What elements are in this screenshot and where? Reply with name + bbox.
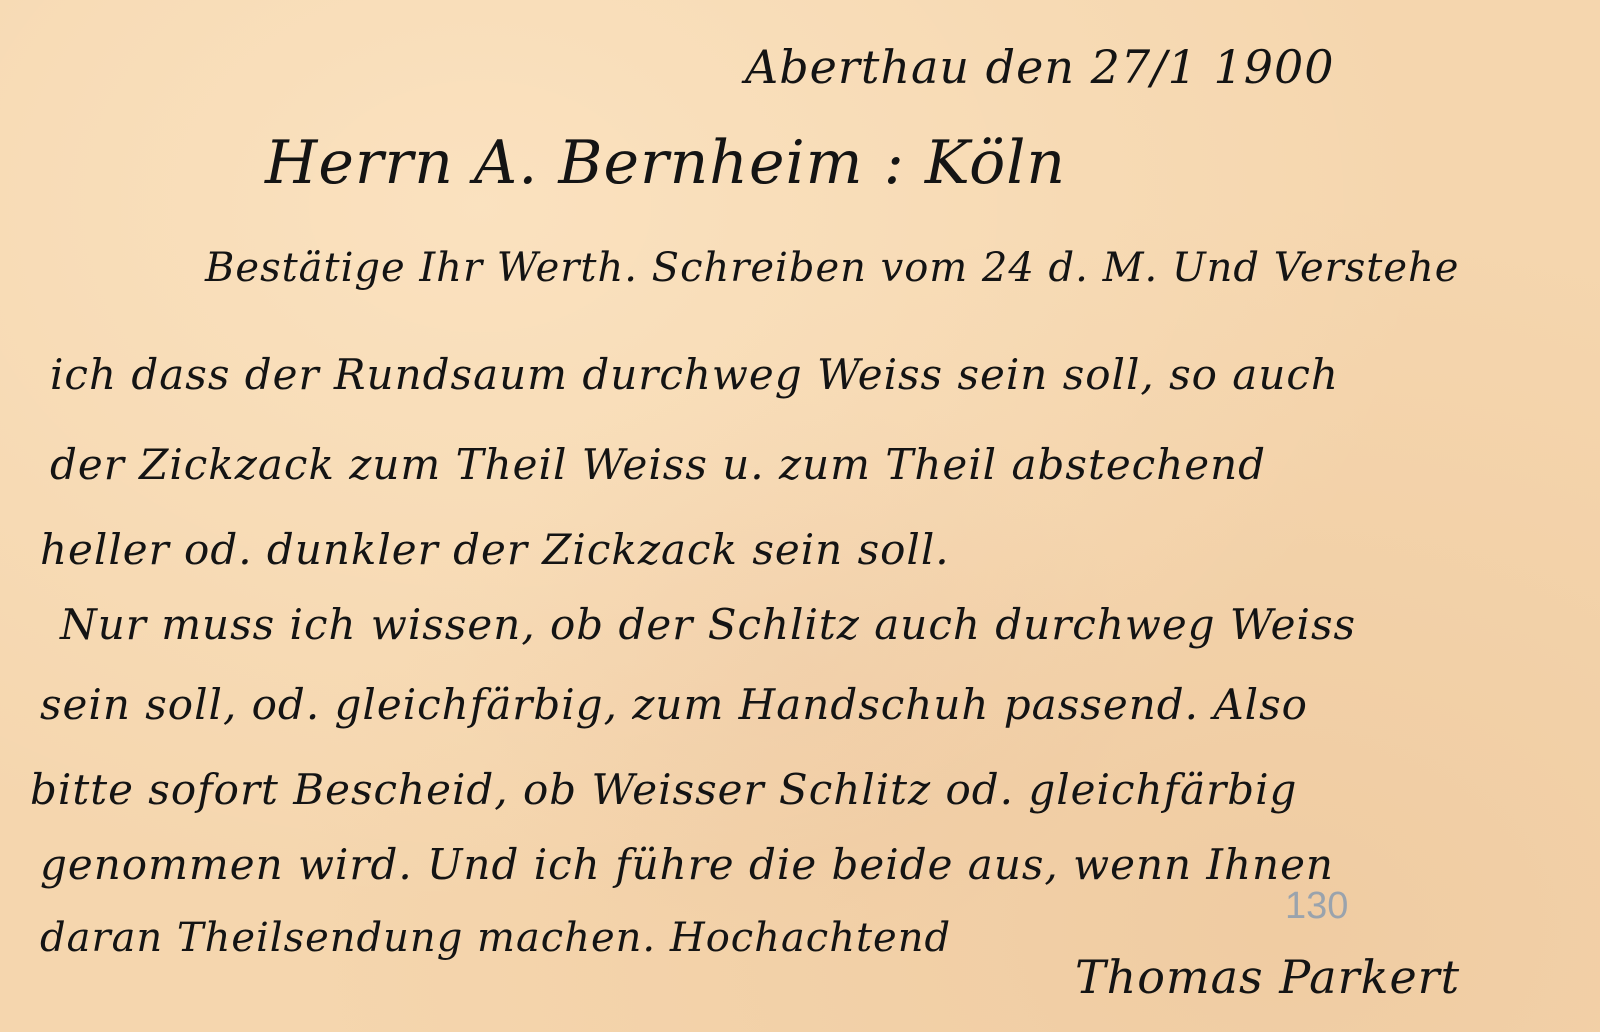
body-line: der Zickzack zum Theil Weiss u. zum Thei… [50, 440, 1266, 489]
body-line: Nur muss ich wissen, ob der Schlitz auch… [60, 600, 1356, 649]
signature: Thomas Parkert [1075, 950, 1460, 1004]
body-line: Bestätige Ihr Werth. Schreiben vom 24 d.… [205, 245, 1459, 291]
pencil-annotation: 130 [1285, 885, 1348, 928]
salutation: Herrn A. Bernheim : Köln [265, 128, 1066, 198]
body-line: bitte sofort Bescheid, ob Weisser Schlit… [30, 765, 1297, 814]
body-line: ich dass der Rundsaum durchweg Weiss sei… [50, 350, 1339, 399]
body-line: genommen wird. Und ich führe die beide a… [40, 840, 1334, 889]
body-line: daran Theilsendung machen. Hochachtend [40, 915, 951, 961]
postcard: Aberthau den 27/1 1900 Herrn A. Bernheim… [0, 0, 1600, 1032]
place-date: Aberthau den 27/1 1900 [745, 40, 1335, 94]
body-line: heller od. dunkler der Zickzack sein sol… [40, 525, 950, 574]
body-line: sein soll, od. gleichfärbig, zum Handsch… [40, 680, 1308, 729]
